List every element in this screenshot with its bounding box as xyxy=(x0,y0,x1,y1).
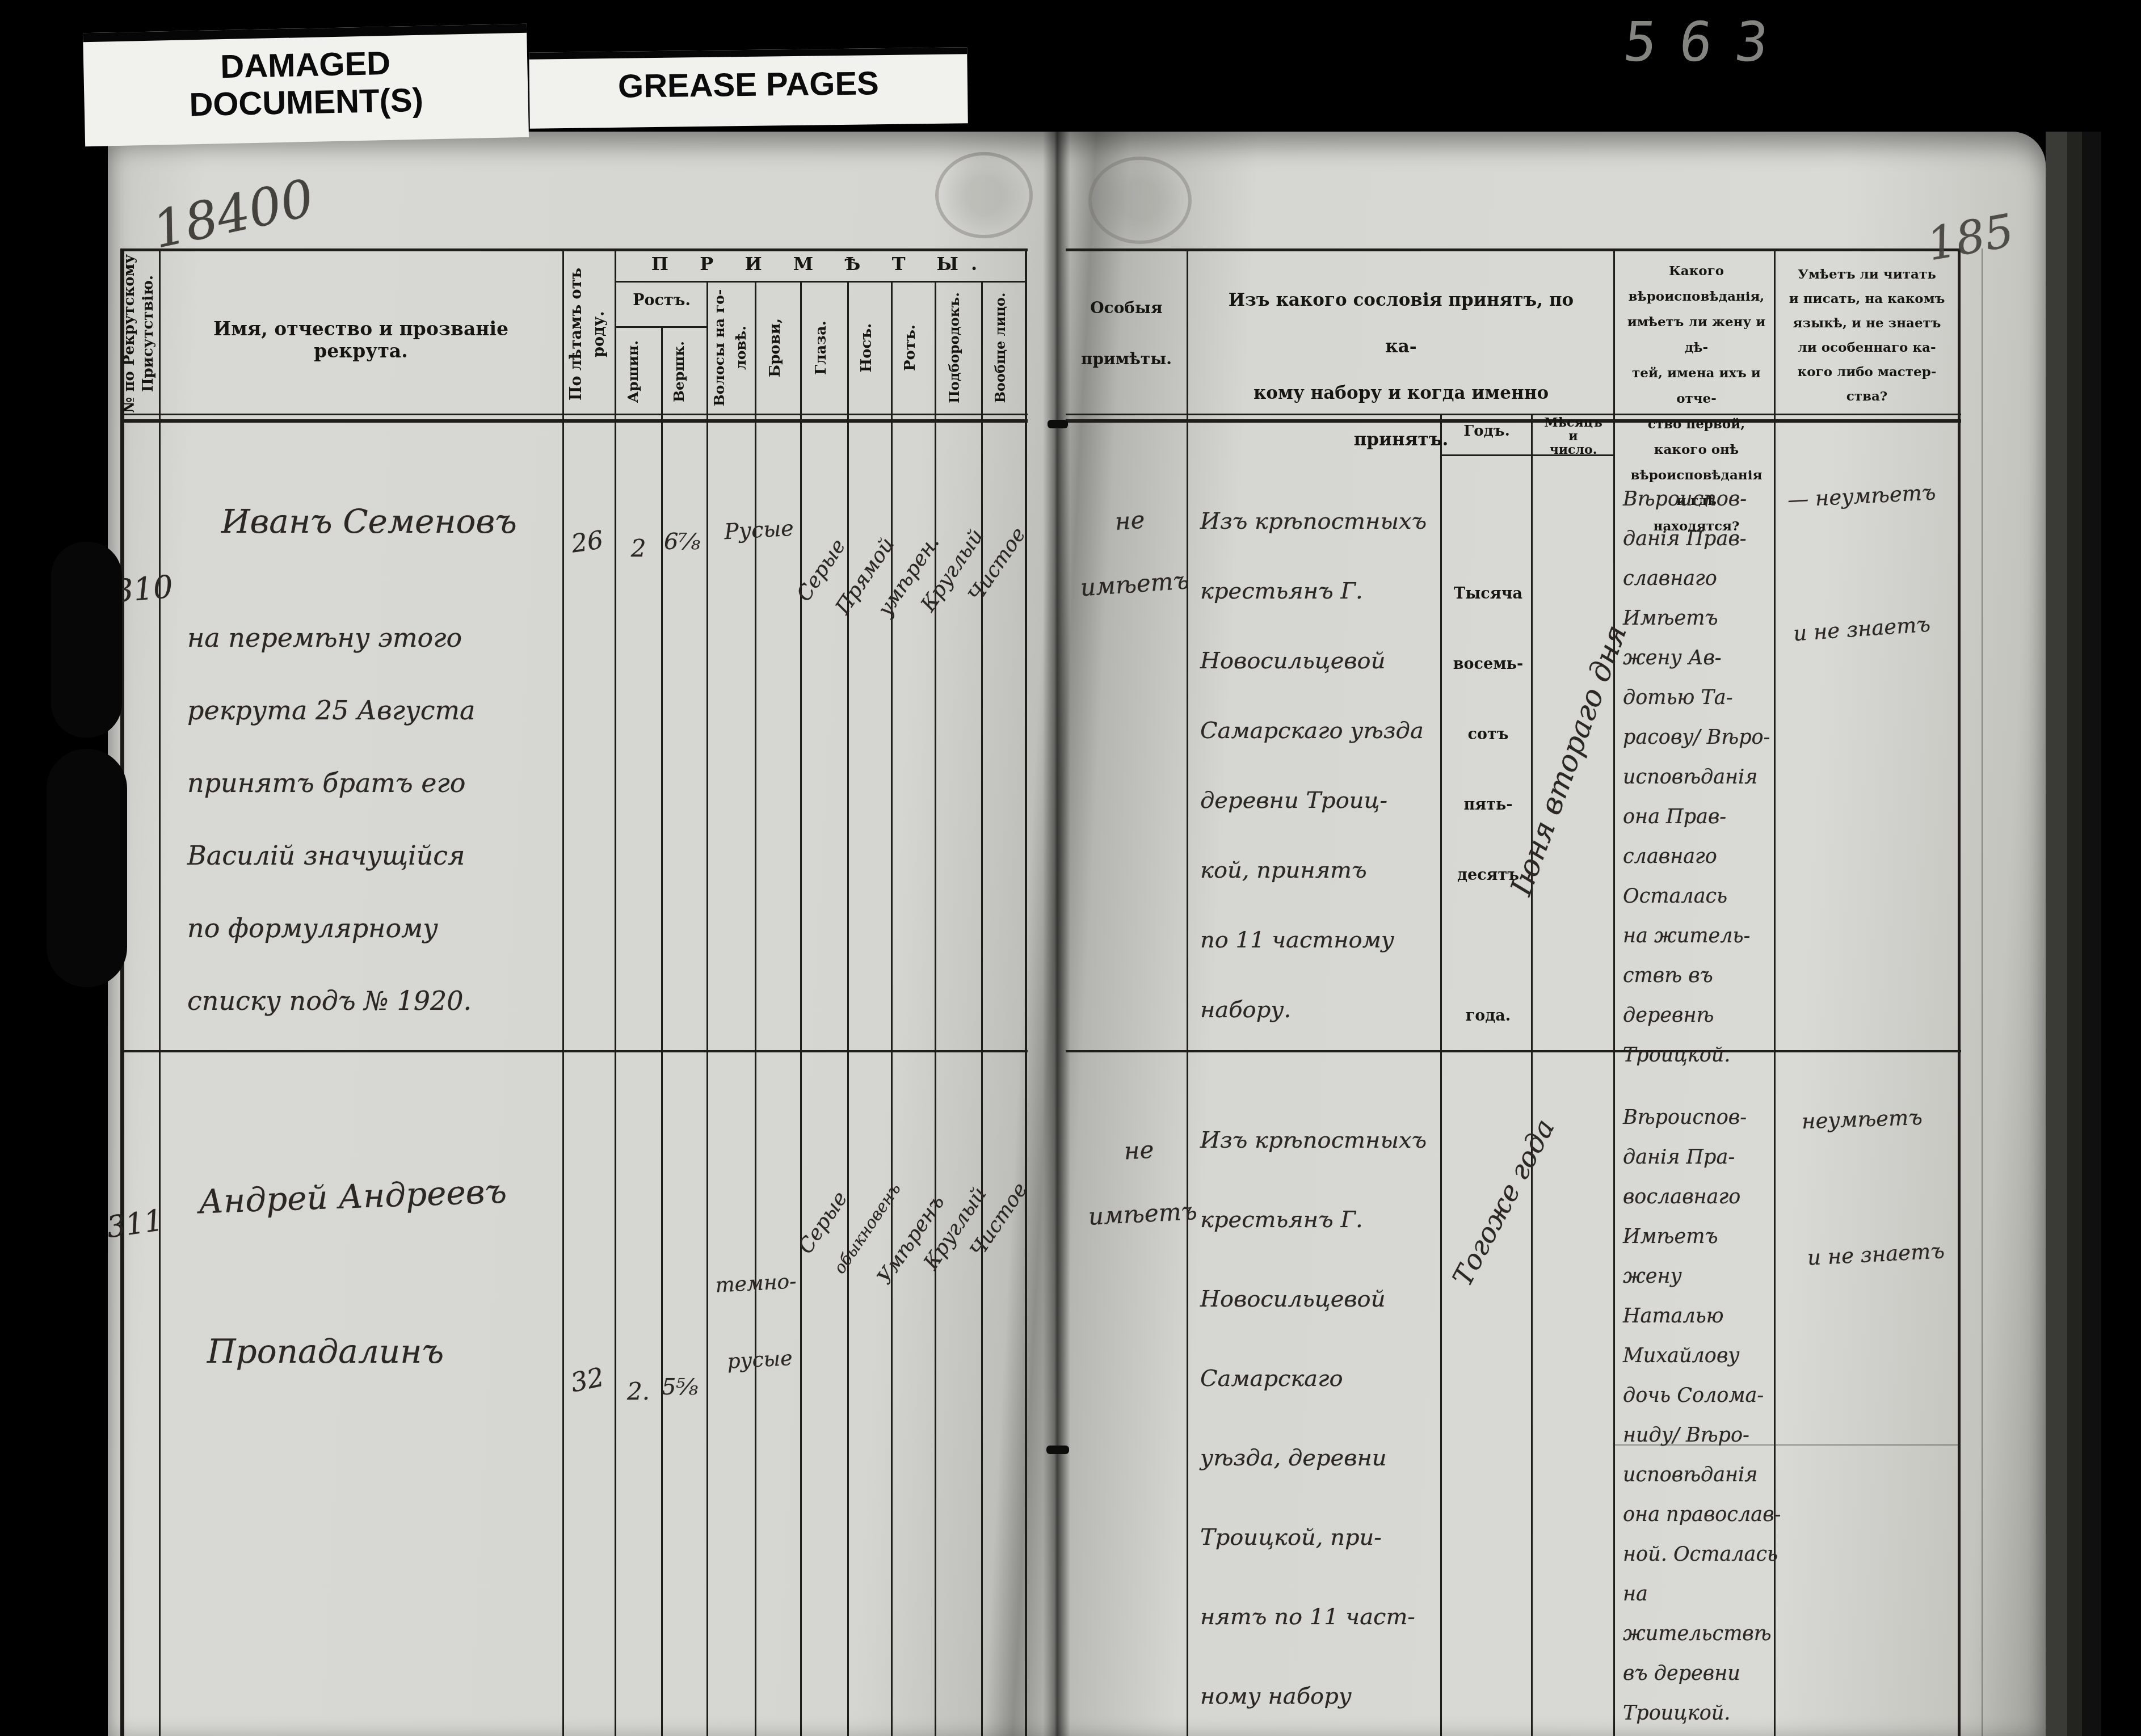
table-rule xyxy=(981,282,983,1736)
table-rule xyxy=(1958,248,1961,1736)
col-header-mouth: Ротъ. xyxy=(902,283,926,413)
col-header-nose: Носъ. xyxy=(858,283,882,413)
page-stack-edge xyxy=(2046,132,2067,1736)
table-rule xyxy=(1613,248,1615,1736)
page-stack-edge xyxy=(2082,132,2101,1736)
col-header-hair: Волосы на го- ловѣ. xyxy=(709,283,754,413)
col-header-literacy: Умѣетъ ли читать и писать, на какомъ язы… xyxy=(1787,262,1946,408)
table-rule xyxy=(891,282,893,1736)
embossed-seal xyxy=(1088,157,1192,244)
col-header-chin: Подбородокъ. xyxy=(946,283,970,413)
table-rule xyxy=(562,248,564,1736)
col-header-eyes: Глаза. xyxy=(813,283,836,413)
cell-recruit-number: 310 xyxy=(112,567,188,609)
cell-religion: Вѣроиспов- данія Прав- славнаго Имѣетъ ж… xyxy=(1623,479,1782,1075)
cell-special-marks: не имѣетъ xyxy=(1074,486,1190,620)
cell-name-note: на перемѣну этого рекрута 25 Августа при… xyxy=(187,601,562,1037)
col-header-vershok: Вершк. xyxy=(671,326,699,417)
cell-estate: Изъ крѣпостныхъ крестьянъ Г. Новосильцев… xyxy=(1200,1101,1444,1736)
col-header-month-day: Мѣсяцъ и число. xyxy=(1532,416,1614,457)
embossed-seal xyxy=(935,152,1033,238)
damaged-document-label: DAMAGED DOCUMENT(S) xyxy=(83,24,529,146)
col-header-face: Вообще лицо. xyxy=(992,283,1016,413)
col-header-year: Годъ. xyxy=(1444,423,1529,440)
table-rule xyxy=(1025,248,1027,1736)
cell-hair: Русые xyxy=(709,515,809,545)
table-rule xyxy=(615,248,616,1736)
grease-pages-label: GREASE PAGES xyxy=(529,47,968,128)
cell-religion: Вѣроиспов- данія Пра- вославнаго Имѣетъ … xyxy=(1623,1098,1782,1733)
cell-arshin: 2 xyxy=(619,534,658,562)
table-rule xyxy=(935,282,936,1736)
microfilm-frame-counter: 563 xyxy=(1621,10,1794,74)
col-header-arshin: Аршин. xyxy=(625,326,653,417)
col-header-estate: Изъ какого сословія принятъ, по ка- кому… xyxy=(1217,277,1585,463)
table-rule xyxy=(1187,248,1188,1736)
table-rule xyxy=(847,282,849,1736)
table-rule xyxy=(755,282,756,1736)
table-rule xyxy=(120,248,124,1736)
col-header-name: Имя, отчество и прозваніе рекрута. xyxy=(191,318,531,362)
col-header-recruit-number: № по Рекрутскому Присутствію. xyxy=(120,248,160,419)
table-rule xyxy=(800,282,802,1736)
cell-recruit-name: Иванъ Семеновъ xyxy=(221,502,517,541)
table-rule xyxy=(1066,248,1961,251)
col-header-brows: Брови, xyxy=(767,283,790,413)
col-header-height: Ростъ. xyxy=(605,292,718,309)
cell-vershok: 6⅞ xyxy=(658,529,706,555)
page-stack-edge xyxy=(2067,132,2082,1736)
page-fold-line xyxy=(1982,248,1983,1736)
cell-recruit-surname: Пропадалинъ xyxy=(207,1332,444,1371)
binding-stitch xyxy=(1046,1446,1069,1454)
cell-arshin: 2. xyxy=(619,1377,658,1405)
cell-vershok: 5⅝ xyxy=(654,1374,705,1400)
col-header-age: По лѣтамъ отъ роду. xyxy=(565,249,614,419)
scanned-recruit-register: 563 DAMAGED DOCUMENT(S) GREASE PAGES 184… xyxy=(0,0,2141,1736)
cell-estate: Изъ крѣпостныхъ крестьянъ Г. Новосильцев… xyxy=(1200,487,1444,1045)
table-rule xyxy=(122,419,1028,423)
cell-special-marks: не имѣетъ xyxy=(1083,1116,1197,1249)
binder-clip xyxy=(47,749,127,987)
printed-year-text: Тысяча восемь- сотъ пять- десятъ года. xyxy=(1444,559,1532,1051)
group-header-primety-text: П Р И М Ѣ Т Ы. xyxy=(650,253,991,275)
binding-stitch xyxy=(1048,420,1068,428)
binder-clip xyxy=(51,542,122,738)
col-header-special-marks: Особыя примѣты. xyxy=(1047,283,1206,385)
table-rule xyxy=(159,248,161,1736)
table-rule xyxy=(706,282,708,1736)
row-separator xyxy=(122,1050,1028,1052)
